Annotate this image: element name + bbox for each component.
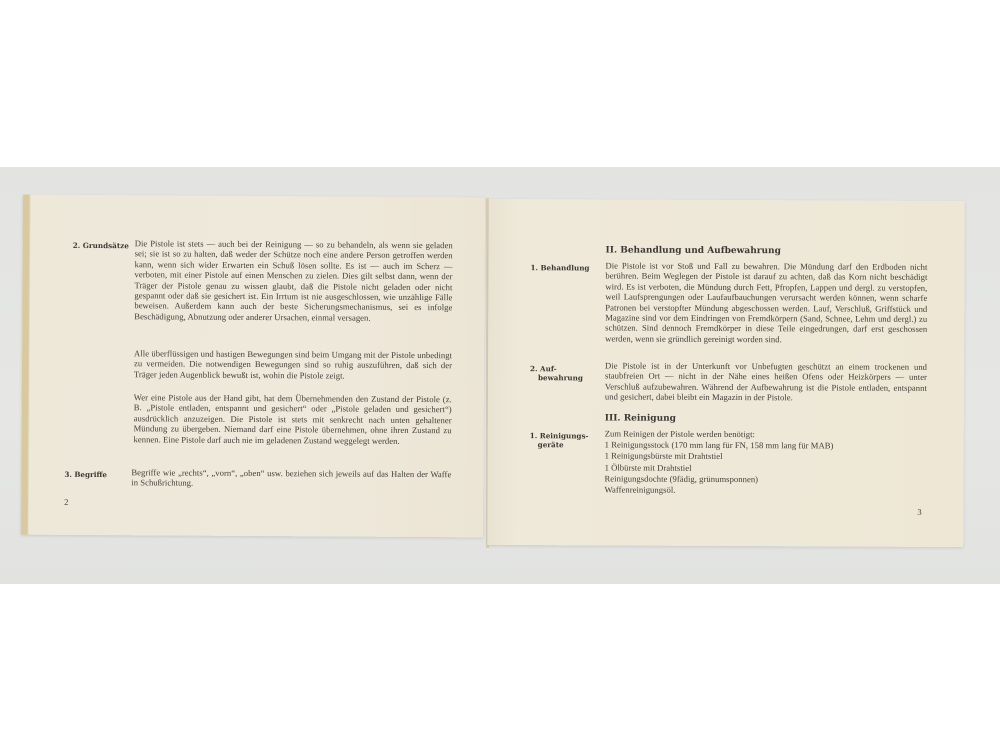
side-label-reinigungsgeraete: 1. Reinigungs- geräte bbox=[530, 431, 589, 449]
paragraph-grundsaetze-1: Die Pistole ist stets — auch bei der Rei… bbox=[134, 238, 453, 323]
paragraph-grundsaetze-3: Wer eine Pistole aus der Hand gibt, hat … bbox=[134, 392, 452, 446]
paragraph-grundsaetze-2: Alle überflüssigen und hastigen Bewegung… bbox=[134, 348, 452, 381]
paragraph-begriffe: Begriffe wie „rechts“, „vorn“, „oben“ us… bbox=[131, 467, 451, 490]
cleaning-equipment-list: Zum Reinigen der Pistole werden benötigt… bbox=[604, 428, 926, 497]
chapter-iii-heading: III. Reinigung bbox=[605, 413, 676, 423]
side-label-line: 1. Reinigungs- bbox=[530, 431, 589, 440]
side-label-line: 2. Auf- bbox=[530, 364, 583, 373]
side-label-grundsaetze: 2. Grundsätze bbox=[73, 241, 129, 250]
side-label-line: bewahrung bbox=[530, 373, 583, 382]
left-page: 2. Grundsätze Die Pistole ist stets — au… bbox=[21, 195, 485, 538]
right-page: II. Behandlung und Aufbewahrung 1. Behan… bbox=[487, 199, 965, 547]
chapter-ii-heading: II. Behandlung und Aufbewahrung bbox=[606, 245, 781, 256]
cleaning-item: Waffenreinigungsöl. bbox=[604, 484, 926, 497]
side-label-aufbewahrung: 2. Auf- bewahrung bbox=[530, 364, 583, 382]
side-label-begriffe: 3. Begriffe bbox=[64, 470, 107, 479]
page-number-left: 2 bbox=[64, 497, 68, 507]
page-number-right: 3 bbox=[917, 507, 921, 517]
paragraph-behandlung: Die Pistole ist vor Stoß und Fall zu bew… bbox=[605, 260, 927, 345]
cleaning-item: 1 Reinigungsbürste mit Drahtstiel bbox=[605, 451, 927, 464]
side-label-line: geräte bbox=[530, 440, 589, 449]
paragraph-aufbewahrung: Die Pistole ist in der Unterkunft vor Un… bbox=[605, 360, 927, 403]
side-label-behandlung: 1. Behandlung bbox=[530, 263, 589, 272]
